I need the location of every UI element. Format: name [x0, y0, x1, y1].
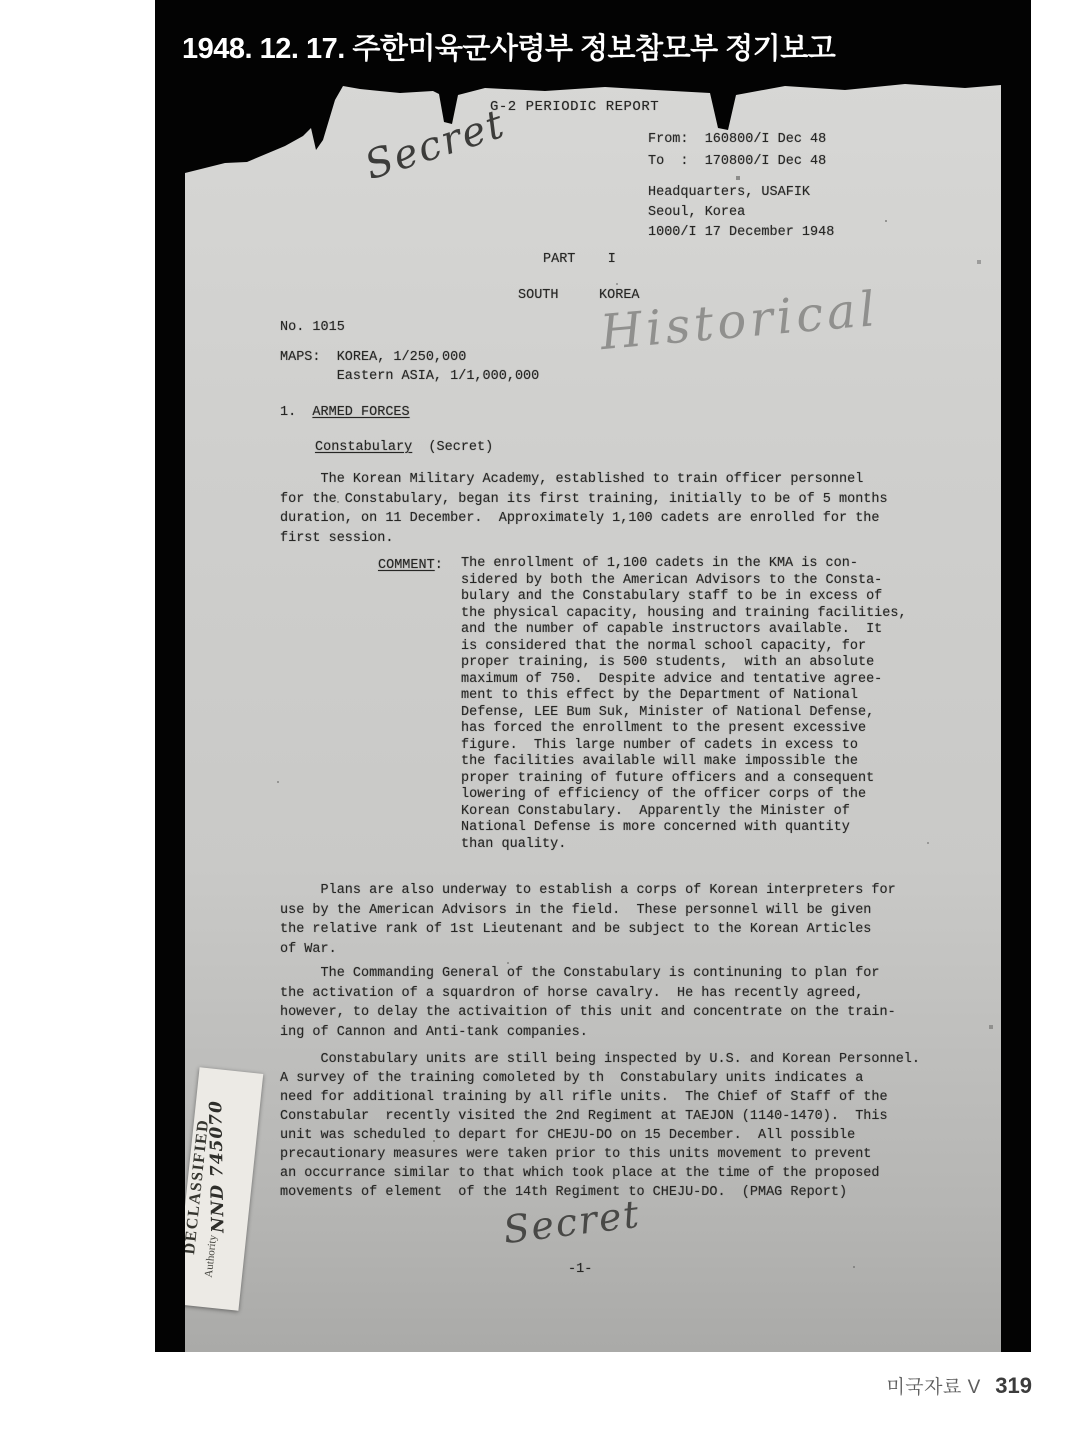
subsection-heading: Constabulary (Secret) [315, 438, 493, 458]
paragraph-1: The Korean Military Academy, established… [280, 470, 888, 548]
paragraph-2: Plans are also underway to establish a c… [280, 881, 896, 959]
comment-label: COMMENT: [378, 556, 443, 576]
declassified-stamp-text: DECLASSIFIED Authority NND 745070 [176, 1071, 262, 1306]
report-period: From: 160800/I Dec 48 To : 170800/I Dec … [648, 129, 826, 173]
stamp-authority-number-handwritten: NND 745070 [206, 1100, 228, 1233]
subsection-title: Constabulary [315, 440, 412, 455]
report-number: No. 1015 [280, 318, 345, 338]
stamp-authority-label: Authority [203, 1234, 219, 1278]
scan-caption-korean: 1948. 12. 17. 주한미육군사령부 정보참모부 정기보고 [182, 26, 835, 67]
section-heading: 1. ARMED FORCES [280, 403, 410, 423]
handwritten-historical: Historical [598, 281, 881, 361]
book-footer: 미국자료 V 319 [886, 1372, 1032, 1399]
comment-label-text: COMMENT [378, 558, 435, 573]
section-number: 1. [280, 405, 312, 420]
paper-dust-specks [185, 78, 187, 80]
scanned-image-area: 1948. 12. 17. 주한미육군사령부 정보참모부 정기보고 G-2 PE… [155, 0, 1031, 1352]
document-paper: G-2 PERIODIC REPORT Secret From: 160800/… [185, 78, 1001, 1352]
maps-block: MAPS: KOREA, 1/250,000 Eastern ASIA, 1/1… [280, 349, 539, 386]
footer-page-number: 319 [995, 1373, 1032, 1398]
comment-label-colon: : [435, 558, 443, 573]
paragraph-4: Constabulary units are still being inspe… [280, 1050, 920, 1202]
paragraph-3: The Commanding General of the Constabula… [280, 964, 896, 1042]
page: 1948. 12. 17. 주한미육군사령부 정보참모부 정기보고 G-2 PE… [0, 0, 1080, 1439]
footer-source-label: 미국자료 V [886, 1377, 980, 1398]
report-title: G-2 PERIODIC REPORT [490, 98, 659, 118]
subsection-classification: (Secret) [428, 440, 493, 455]
handwritten-secret-top: Secret [359, 101, 510, 189]
subsection-gap [412, 440, 428, 455]
issuer-block: Headquarters, USAFIK Seoul, Korea 1000/I… [648, 183, 834, 243]
part-heading: PART I [543, 250, 616, 270]
declassified-stamp: DECLASSIFIED Authority NND 745070 [175, 1067, 264, 1310]
page-number: -1- [568, 1260, 592, 1280]
comment-body: The enrollment of 1,100 cadets in the KM… [461, 556, 907, 853]
section-title: ARMED FORCES [312, 405, 409, 420]
